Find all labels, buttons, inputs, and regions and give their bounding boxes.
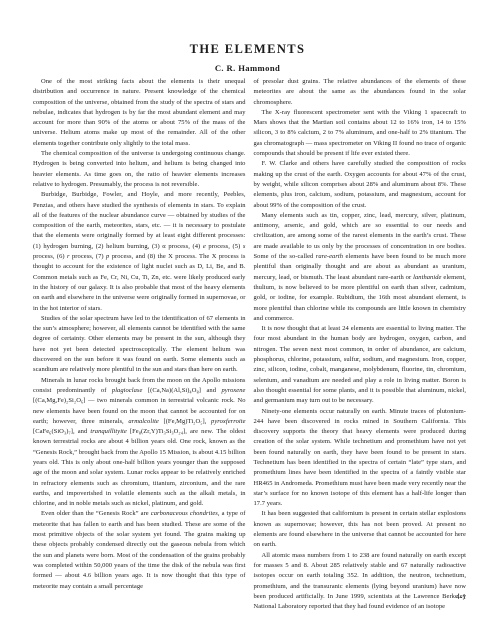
right-column: of presolar dust grains. The relative ab… [254,77,467,612]
text-run: F. W. Clarke and others have carefully s… [254,160,467,208]
italic-text-run: lanthanide [413,274,441,281]
text-run: process, and (8) the X process. The X pr… [33,253,246,311]
text-run: [CaFe₆(SiO₃)₇], and [33,428,90,435]
italic-text-run: pyroxferroite [211,418,245,425]
text-run: , a type of meteorite that has fallen to… [33,510,246,589]
paragraph: Minerals in lunar rocks brought back fro… [33,376,246,510]
italic-text-run: tranquillityite [90,428,127,435]
italic-text-run: pyroxene [222,387,246,394]
paragraph: Many elements such as tin, copper, zinc,… [254,211,467,324]
text-run: [(Ca,Na)(Al,Si)₄O₈] and [142,387,221,394]
paragraph: The chemical composition of the universe… [33,149,246,190]
text-run: It is now thought that at least 24 eleme… [254,325,467,404]
paragraph: The X-ray fluorescent spectrometer sent … [254,108,467,159]
text-run: Burbidge, Burbidge, Fowler, and Hoyle, a… [33,191,246,249]
text-columns: One of the most striking facts about the… [33,77,466,612]
paragraph: It has been suggested that californium i… [254,509,467,550]
paragraph: One of the most striking facts about the… [33,77,246,149]
italic-text-run: armalcolite [128,418,159,425]
italic-text-run: s [243,243,246,250]
text-run: process, (6) [33,253,67,260]
page-title: THE ELEMENTS [0,42,495,57]
text-run: It has been suggested that californium i… [254,510,467,548]
paragraph: Even older than the “Genesis Rock” are c… [33,509,246,591]
italic-text-run: plagioclase [112,387,143,394]
paragraph: F. W. Clarke and others have carefully s… [254,159,467,210]
text-run: The chemical composition of the universe… [33,150,246,188]
paragraph: Studies of the solar spectrum have led t… [33,314,246,376]
text-run: of presolar dust grains. The relative ab… [254,78,467,106]
text-run: Ninety-one elements occur naturally on e… [254,408,467,508]
text-run: process, (5) [206,243,243,250]
paragraph: Burbidge, Burbidge, Fowler, and Hoyle, a… [33,190,246,314]
page-number: 4-1 [456,592,466,601]
paragraph: All atomic mass numbers from 1 to 238 ar… [254,551,467,613]
text-run: Studies of the solar spectrum have led t… [33,315,246,373]
italic-text-run: carbonaceous chondrites [151,510,218,517]
text-run: One of the most striking facts about the… [33,78,246,147]
author-byline: C. R. Hammond [0,63,495,73]
text-run: All atomic mass numbers from 1 to 238 ar… [254,552,467,610]
text-run: [(Fe,Mg)Ti₂O₅], [159,418,211,425]
text-run: Even older than the “Genesis Rock” are [41,510,151,517]
paragraph: It is now thought that at least 24 eleme… [254,324,467,406]
text-run: process, (7) [70,253,106,260]
document-page: { "page": { "title": "THE ELEMENTS", "by… [0,0,495,640]
paragraph: Ninety-one elements occur naturally on e… [254,407,467,510]
left-column: One of the most striking facts about the… [33,77,246,612]
italic-text-run: rare-earth [316,253,343,260]
paragraph: of presolar dust grains. The relative ab… [254,77,467,108]
text-run: The X-ray fluorescent spectrometer sent … [254,109,467,157]
text-run: [Fe₈(Zr,Y)Ti₃Si₃O₂₄], are new. The oldes… [33,428,246,507]
